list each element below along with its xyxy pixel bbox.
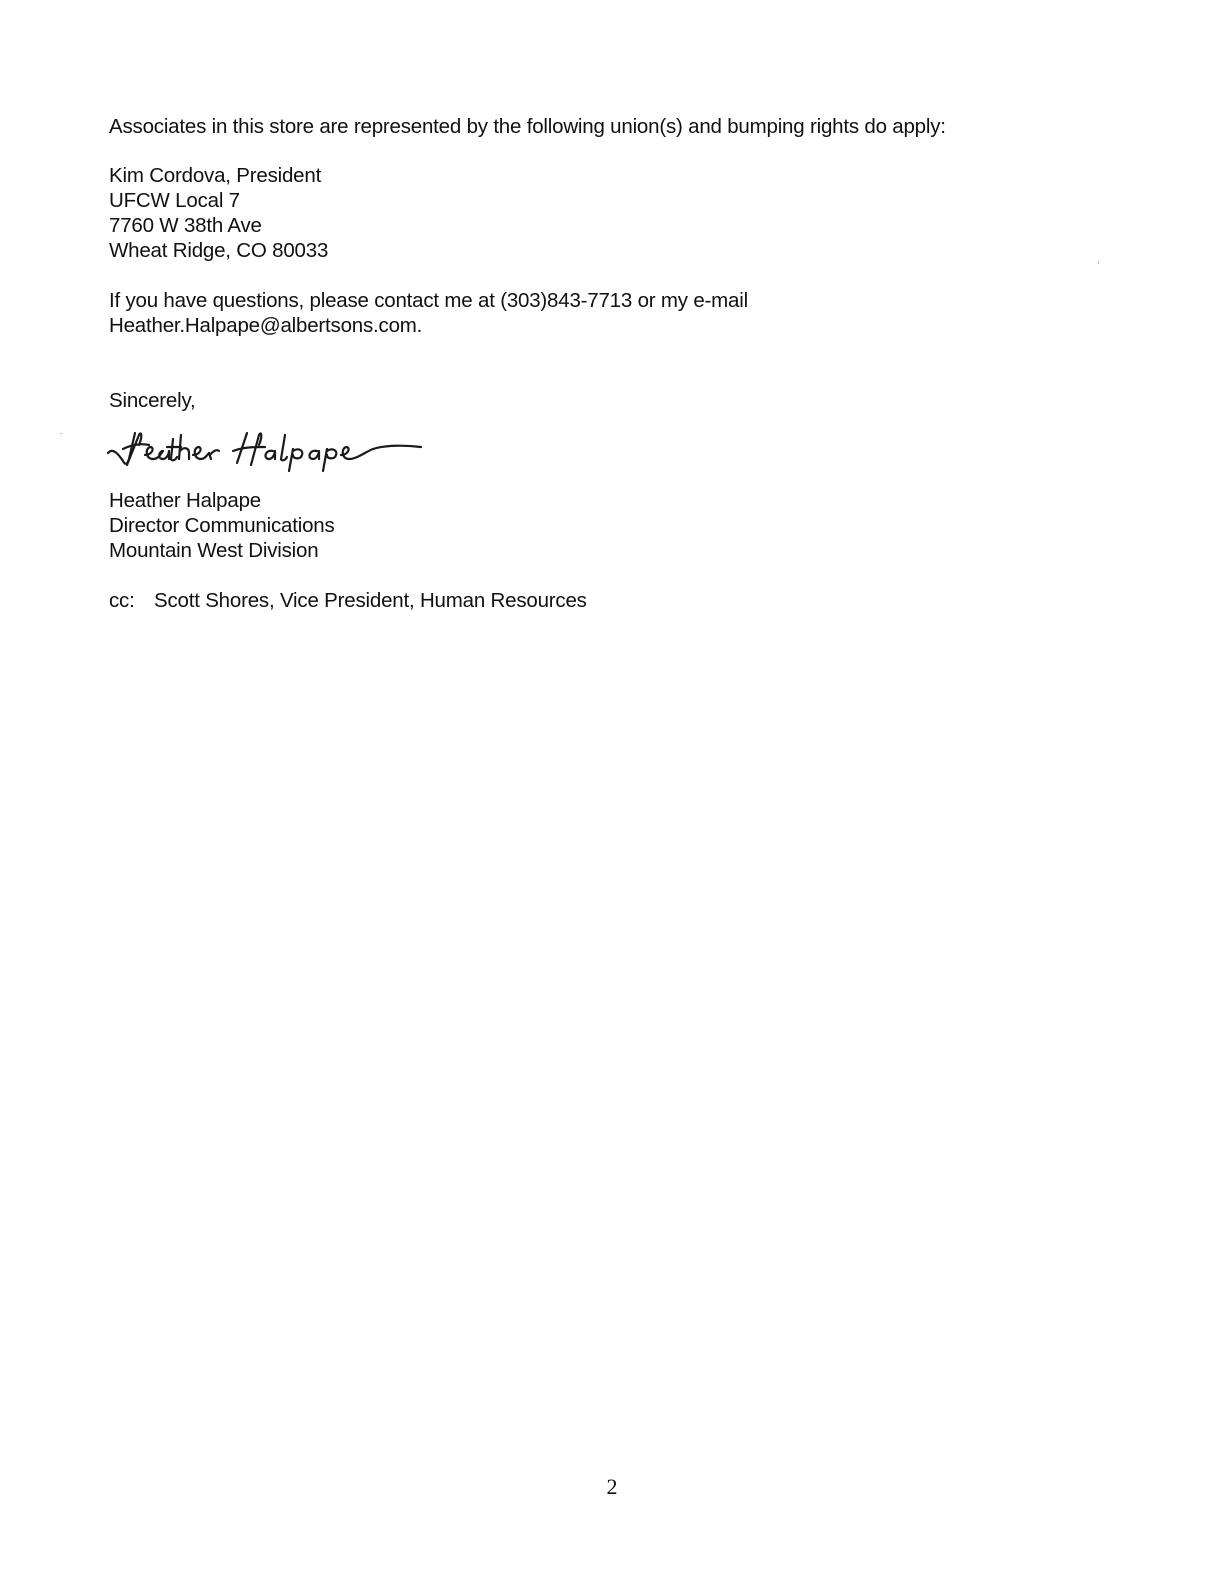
cc-line: cc:Scott Shores, Vice President, Human R… [109, 588, 587, 613]
union-name: UFCW Local 7 [109, 188, 328, 213]
scan-artifact [60, 433, 62, 434]
signer-block: Heather Halpape Director Communications … [109, 488, 335, 563]
handwritten-signature [105, 425, 435, 475]
contact-email: Heather.Halpape@albertsons.com. [109, 313, 748, 338]
cc-recipient: Scott Shores, Vice President, Human Reso… [154, 589, 587, 612]
union-address-block: Kim Cordova, President UFCW Local 7 7760… [109, 163, 328, 263]
union-street: 7760 W 38th Ave [109, 213, 328, 238]
intro-paragraph: Associates in this store are represented… [109, 114, 946, 139]
union-city-state-zip: Wheat Ridge, CO 80033 [109, 238, 328, 263]
signer-title: Director Communications [109, 513, 335, 538]
intro-text: Associates in this store are represented… [109, 114, 946, 139]
union-contact-name: Kim Cordova, President [109, 163, 328, 188]
contact-text: If you have questions, please contact me… [109, 288, 748, 313]
closing-text: Sincerely, [109, 388, 196, 413]
signer-name: Heather Halpape [109, 488, 335, 513]
scan-artifact [1098, 261, 1099, 264]
letter-page: Associates in this store are represented… [0, 0, 1224, 1584]
contact-paragraph: If you have questions, please contact me… [109, 288, 748, 338]
cc-label: cc: [109, 588, 154, 613]
page-number: 2 [0, 1474, 1224, 1500]
closing: Sincerely, [109, 388, 196, 413]
signer-division: Mountain West Division [109, 538, 335, 563]
